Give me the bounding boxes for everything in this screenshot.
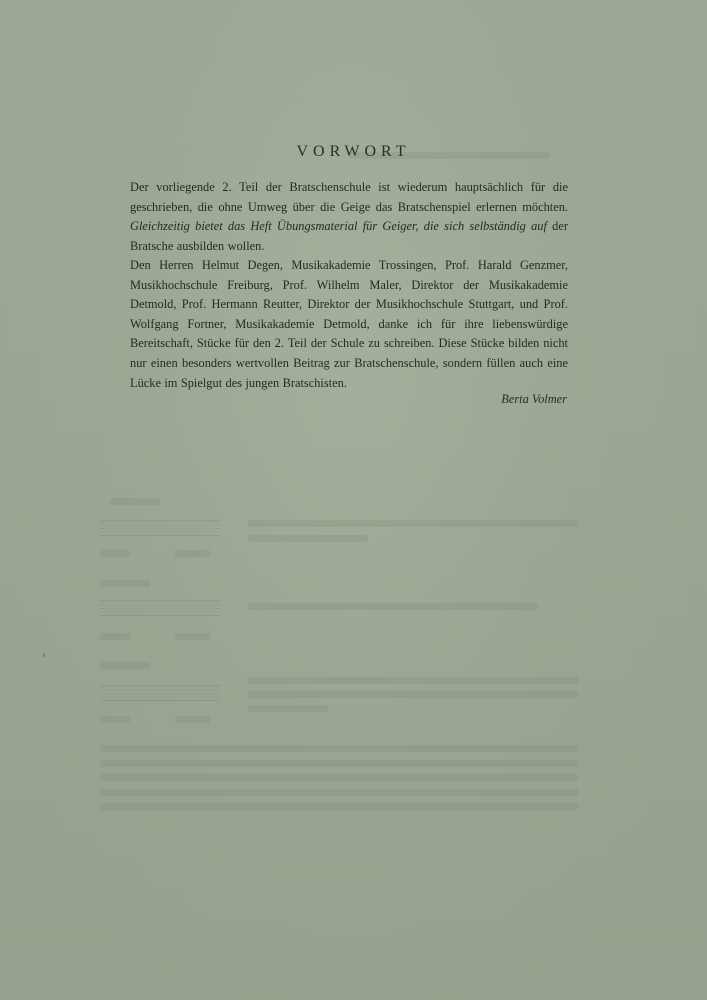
paper-speck	[43, 653, 45, 657]
paragraph-acknowledgements: Den Herren Helmut Degen, Musikakademie T…	[130, 256, 568, 393]
author-signature: Berta Volmer	[400, 392, 567, 407]
paragraph-intro: Der vorliegende 2. Teil der Bratschensch…	[130, 178, 568, 256]
paragraph-intro-part-1: Der vorliegende 2. Teil der Bratschensch…	[130, 180, 568, 214]
paragraph-intro-part-2-italic: Gleichzeitig bietet das Heft Übungsmater…	[130, 219, 552, 233]
page-title: VORWORT	[0, 143, 707, 161]
